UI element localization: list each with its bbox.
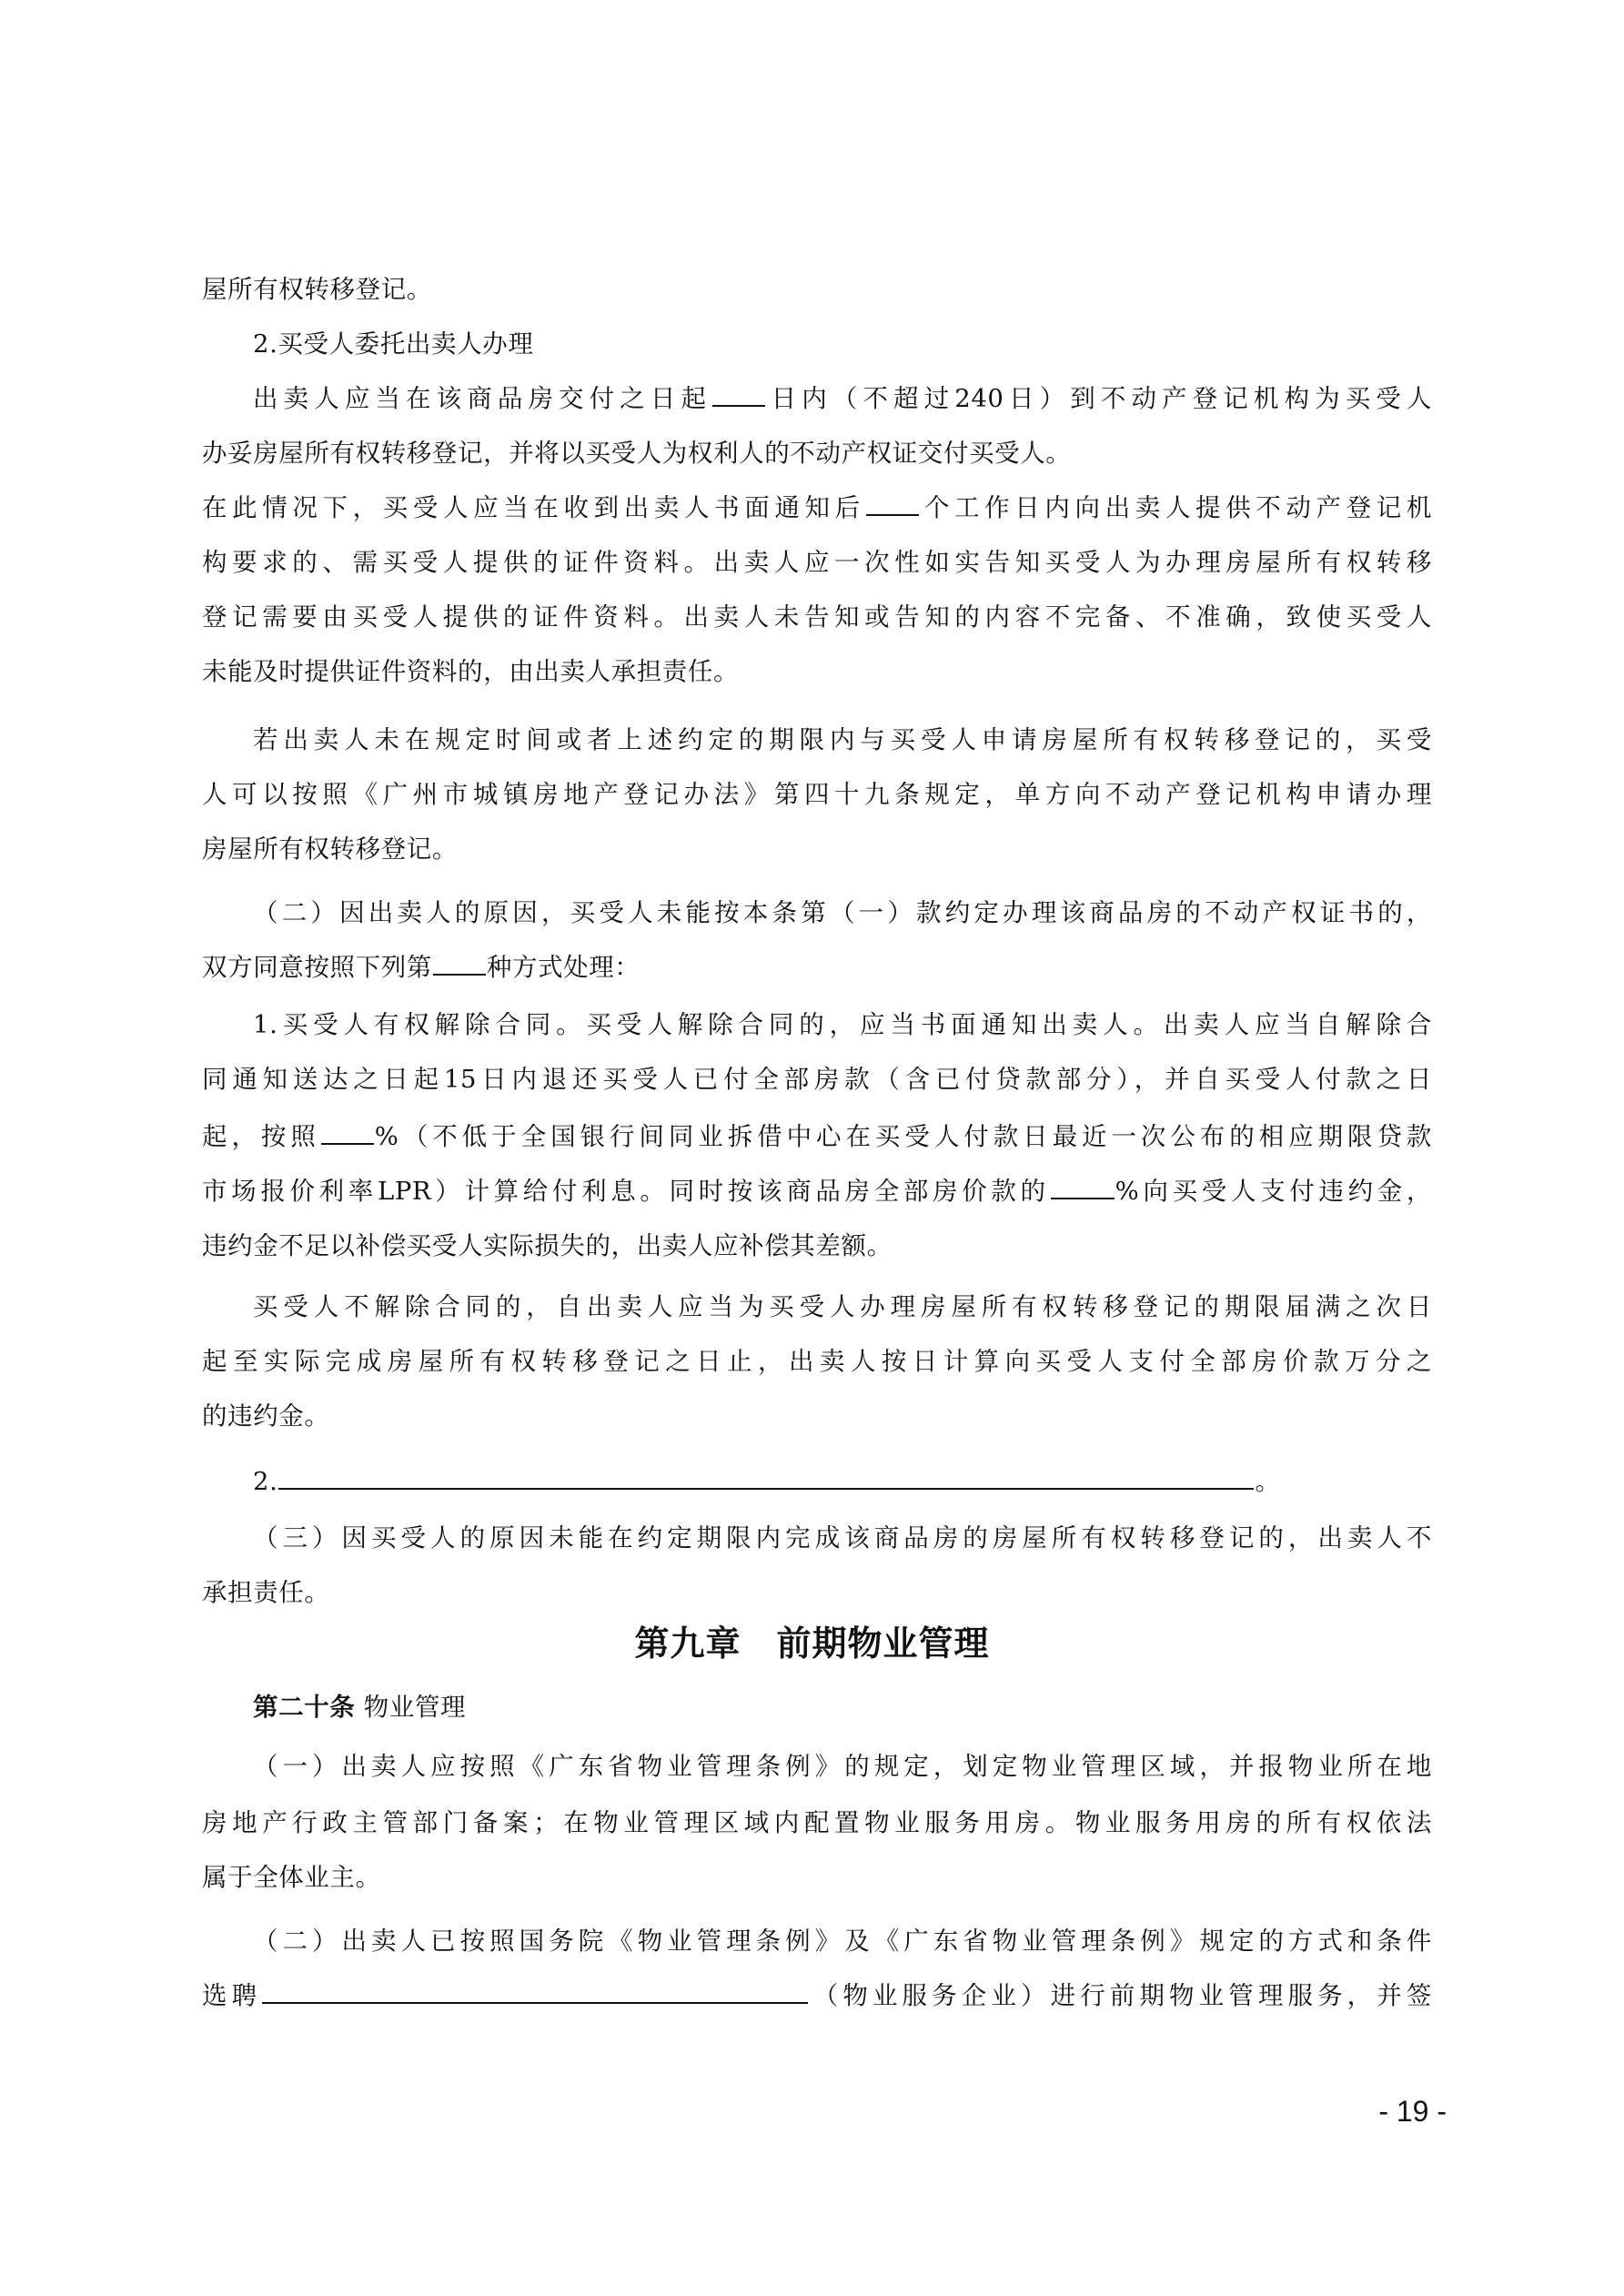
fill-in-blank[interactable] (278, 1466, 1254, 1490)
paragraph-line: 2.买受人委托出卖人办理 (253, 328, 1432, 360)
paragraph-line: 屋所有权转移登记。 (202, 273, 1432, 306)
paragraph-line: （二）出卖人已按照国务院《物业管理条例》及《广东省物业管理条例》规定的方式和条件 (253, 1925, 1432, 1957)
paragraph-line: 人可以按照《广州市城镇房地产登记办法》第四十九条规定，单方向不动产登记机构申请办… (202, 778, 1432, 811)
fill-in-blank[interactable] (262, 1980, 808, 2004)
paragraph-line: 违约金不足以补偿买受人实际损失的，出卖人应补偿其差额。 (202, 1229, 1432, 1262)
fill-in-blank[interactable] (433, 952, 486, 976)
fill-in-blank[interactable] (712, 383, 765, 407)
text-segment: 起，按照 (202, 1122, 320, 1151)
text-segment: 2. (253, 1467, 277, 1496)
text-segment: 选聘 (202, 1981, 261, 2010)
paragraph-line: 房屋所有权转移登记。 (202, 833, 1432, 865)
paragraph-line: 登记需要由买受人提供的证件资料。出卖人未告知或告知的内容不完备、不准确，致使买受… (202, 601, 1432, 633)
text-segment: 日内（不超过240日）到不动产登记机构为买受人 (766, 384, 1432, 413)
paragraph-line: 2.。 (253, 1465, 1432, 1498)
article-number: 第二十条 (253, 1693, 355, 1722)
paragraph-line: 买受人不解除合同的，自出卖人应当为买受人办理房屋所有权转移登记的期限届满之次日 (253, 1290, 1432, 1323)
paragraph-line: 起至实际完成房屋所有权转移登记之日止，出卖人按日计算向买受人支付全部房价款万分之 (202, 1345, 1432, 1378)
paragraph-line: 房地产行政主管部门备案；在物业管理区域内配置物业服务用房。物业服务用房的所有权依… (202, 1806, 1432, 1839)
paragraph-line: 市场报价利率LPR）计算给付利息。同时按该商品房全部房价款的%向买受人支付违约金… (202, 1175, 1432, 1208)
text-segment: 出卖人应当在该商品房交付之日起 (253, 384, 711, 413)
fill-in-blank[interactable] (866, 492, 919, 516)
text-segment: %（不低于全国银行间同业拆借中心在买受人付款日最近一次公布的相应期限贷款 (375, 1122, 1432, 1151)
paragraph-line: 出卖人应当在该商品房交付之日起日内（不超过240日）到不动产登记机构为买受人 (253, 382, 1432, 415)
text-segment: 种方式处理： (487, 953, 641, 982)
page-number: - 19 - (1347, 2093, 1447, 2129)
text-segment: 双方同意按照下列第 (202, 953, 432, 982)
paragraph-line: 未能及时提供证件资料的，由出卖人承担责任。 (202, 655, 1432, 688)
paragraph-line: 同通知送达之日起15日内退还买受人已付全部房款（含已付贷款部分），并自买受人付款… (202, 1063, 1432, 1096)
paragraph-line: （一）出卖人应按照《广东省物业管理条例》的规定，划定物业管理区域，并报物业所在地 (253, 1750, 1432, 1783)
article-heading: 第二十条 物业管理 (253, 1691, 1432, 1724)
text-segment: 个工作日内向出卖人提供不动产登记机 (920, 493, 1432, 522)
paragraph-line: 办妥房屋所有权转移登记，并将以买受人为权利人的不动产权证交付买受人。 (202, 437, 1432, 470)
paragraph-line: 的违约金。 (202, 1400, 1432, 1432)
fill-in-blank[interactable] (321, 1121, 374, 1145)
paragraph-line: 构要求的、需买受人提供的证件资料。出卖人应一次性如实告知买受人为办理房屋所有权转… (202, 546, 1432, 579)
paragraph-line: 若出卖人未在规定时间或者上述约定的期限内与买受人申请房屋所有权转移登记的，买受 (253, 723, 1432, 756)
paragraph-line: （三）因买受人的原因未能在约定期限内完成该商品房的房屋所有权转移登记的，出卖人不 (253, 1522, 1432, 1554)
text-segment: %向买受人支付违约金， (1115, 1177, 1432, 1206)
paragraph-line: 在此情况下，买受人应当在收到出卖人书面通知后个工作日内向出卖人提供不动产登记机 (202, 491, 1432, 524)
paragraph-line: 1.买受人有权解除合同。买受人解除合同的，应当书面通知出卖人。出卖人应当自解除合 (253, 1008, 1432, 1041)
paragraph-line: 双方同意按照下列第种方式处理： (202, 951, 1432, 984)
paragraph-line: 起，按照%（不低于全国银行间同业拆借中心在买受人付款日最近一次公布的相应期限贷款 (202, 1120, 1432, 1153)
article-title: 物业管理 (364, 1693, 466, 1722)
text-segment: 。 (1255, 1467, 1280, 1496)
fill-in-blank[interactable] (1051, 1176, 1115, 1199)
paragraph-line: 承担责任。 (202, 1576, 1432, 1609)
paragraph-line: 选聘（物业服务企业）进行前期物业管理服务，并签 (202, 1979, 1432, 2012)
text-segment: （物业服务企业）进行前期物业管理服务，并签 (809, 1981, 1432, 2010)
text-segment: 在此情况下，买受人应当在收到出卖人书面通知后 (202, 493, 865, 522)
chapter-title: 第九章 前期物业管理 (0, 1621, 1624, 1666)
paragraph-line: （二）因出卖人的原因，买受人未能按本条第（一）款约定办理该商品房的不动产权证书的… (253, 896, 1432, 929)
paragraph-line: 属于全体业主。 (202, 1861, 1432, 1894)
document-page: 屋所有权转移登记。 2.买受人委托出卖人办理 出卖人应当在该商品房交付之日起日内… (0, 0, 1624, 2296)
text-segment: 市场报价利率LPR）计算给付利息。同时按该商品房全部房价款的 (202, 1177, 1050, 1206)
